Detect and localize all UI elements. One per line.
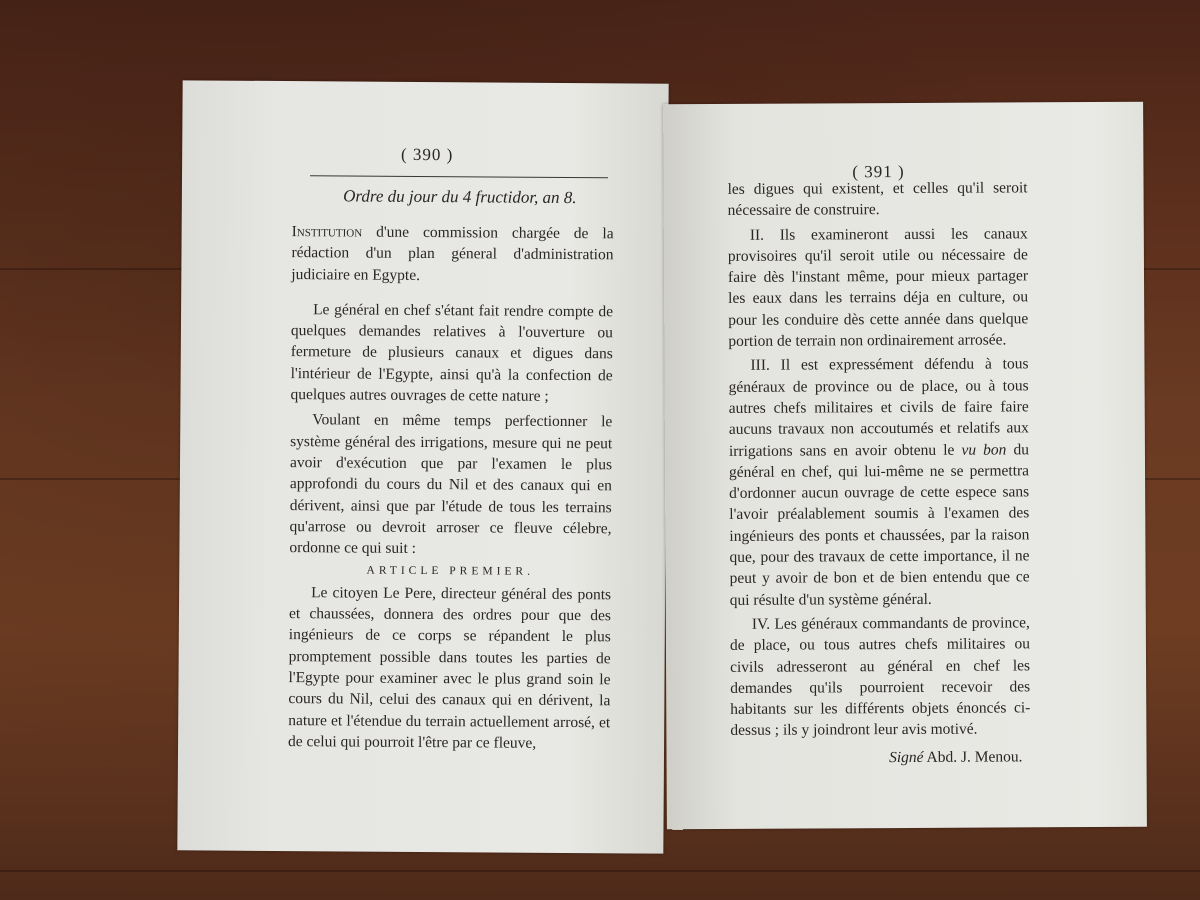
article-3: III. Il est expressément défendu à tous …	[728, 354, 1029, 611]
left-page: ( 390 ) Ordre du jour du 4 fructidor, an…	[177, 80, 668, 853]
continuation-text: les digues qui existent, et celles qu'il…	[727, 177, 1027, 221]
paragraph-1: Le général en chef s'étant fait rendre c…	[290, 299, 613, 408]
article-3-italic: vu bon	[961, 441, 1006, 458]
intro-dropcap: Institution	[292, 223, 363, 240]
page-number: ( 390 )	[372, 144, 482, 166]
signature: Signé Abd. J. Menou.	[730, 746, 1030, 769]
signature-label: Signé	[889, 749, 924, 766]
article-3-text-b: du général en chef, qui lui-même ne se p…	[729, 441, 1030, 609]
intro-paragraph: Institution d'une commission chargée de …	[291, 221, 613, 287]
order-title: Ordre du jour du 4 fructidor, an 8.	[310, 185, 610, 208]
article-2: II. Ils examineront aussi les canaux pro…	[728, 223, 1029, 352]
header-rule	[310, 175, 608, 178]
right-text-column: les digues qui existent, et celles qu'il…	[727, 177, 1030, 769]
signature-name: Abd. J. Menou.	[923, 748, 1022, 766]
left-text-column: Institution d'une commission chargée de …	[288, 221, 614, 754]
article-4: IV. Les généraux commandants de province…	[730, 612, 1031, 741]
article-heading: ARTICLE PREMIER.	[289, 561, 611, 585]
right-page: ( 391 ) les digues qui existent, et cell…	[663, 102, 1147, 830]
paragraph-2: Voulant en même temps perfectionner le s…	[289, 409, 612, 560]
article-1: Le citoyen Le Pere, directeur général de…	[288, 582, 611, 755]
table-plank-seam	[0, 870, 1200, 872]
